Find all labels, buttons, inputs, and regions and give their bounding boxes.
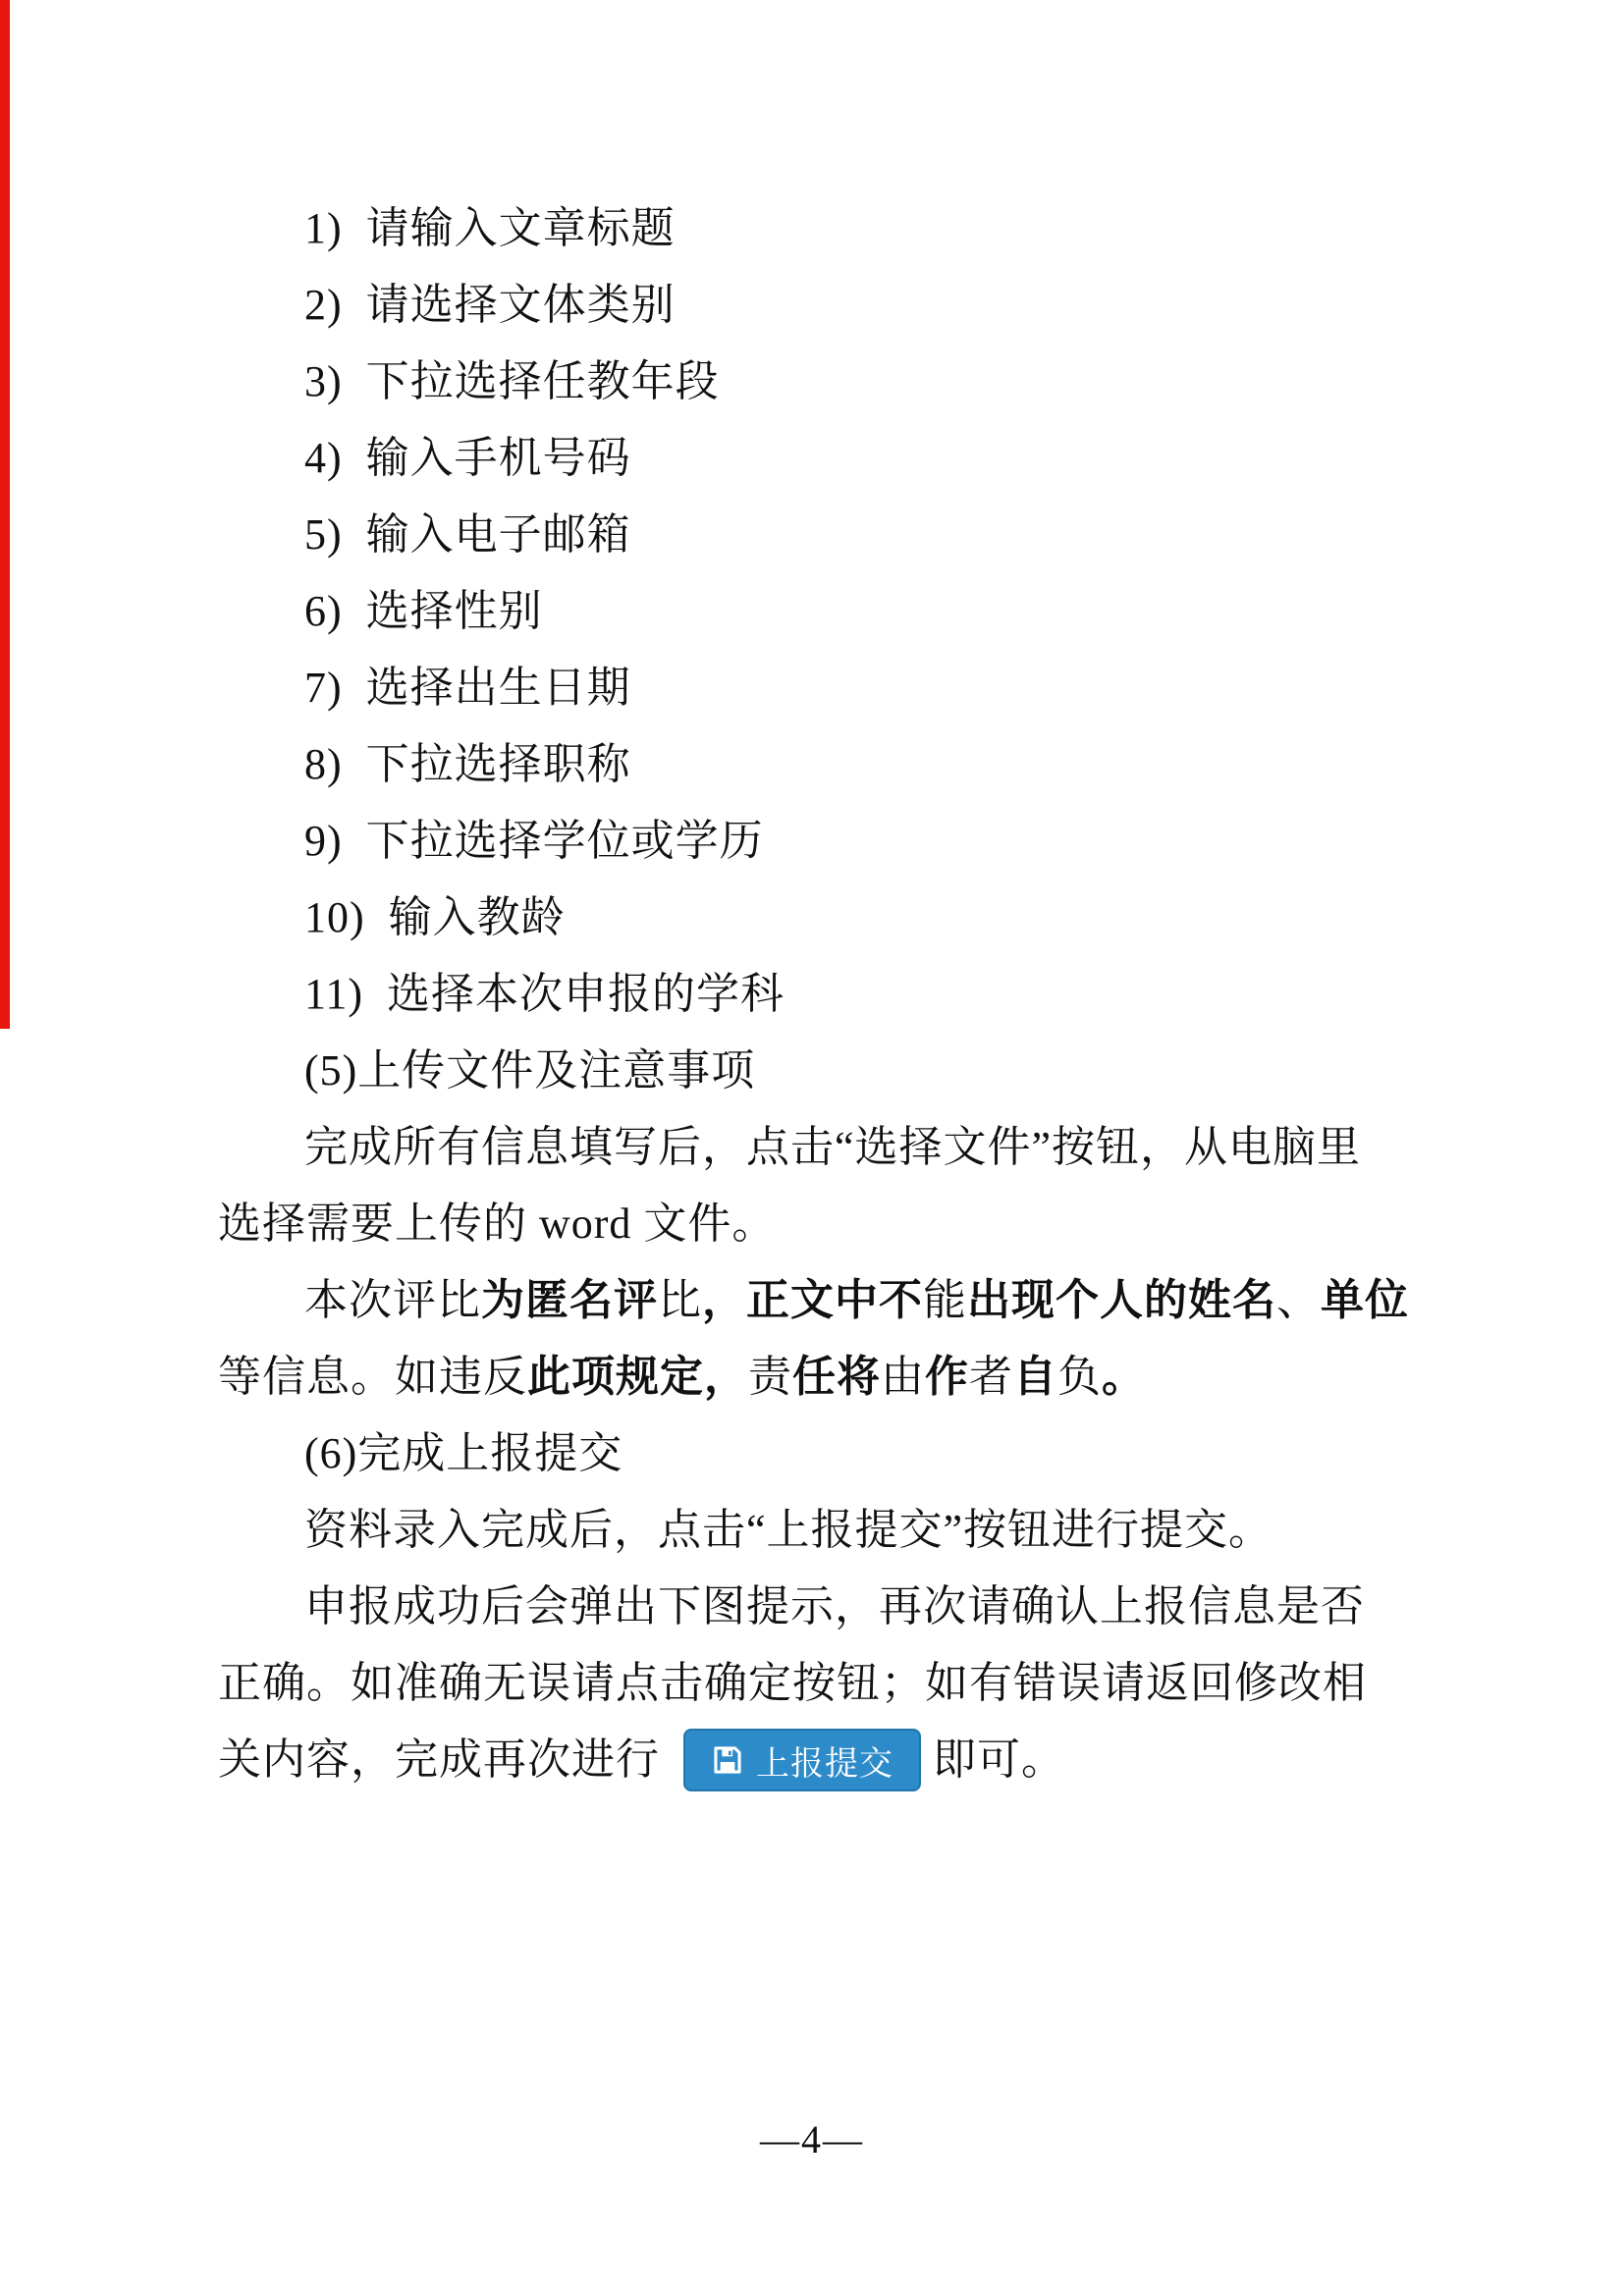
text-run: 负 xyxy=(1057,1353,1102,1401)
list-item-7: 7) 选择出生日期 xyxy=(218,650,1475,726)
text-run: 1) 请输入文章标题 xyxy=(304,204,676,252)
paragraph-line: 完成所有信息填写后，点击“选择文件”按钮，从电脑里 xyxy=(218,1109,1475,1186)
text-run: 4) 输入手机号码 xyxy=(304,434,631,482)
text-run: 出现个人的姓名 xyxy=(967,1276,1276,1324)
text-run: 为匿名评 xyxy=(481,1276,658,1324)
text-run: 10) 输入教龄 xyxy=(304,893,566,941)
text-run: 单位 xyxy=(1321,1276,1409,1324)
text-run: 9) 下拉选择学位或学历 xyxy=(304,817,764,865)
text-run: 自 xyxy=(1013,1353,1057,1401)
submit-report-button-label: 上报提交 xyxy=(756,1736,893,1785)
text-run: 完成所有信息填写后，点击“选择文件”按钮，从电脑里 xyxy=(304,1123,1361,1171)
notice-line: 等信息。如违反此项规定，责任将由作者自负。 xyxy=(218,1339,1475,1415)
text-run: 即可。 xyxy=(933,1722,1065,1798)
text-run: 此项规定， xyxy=(527,1353,748,1401)
text-run: 者 xyxy=(969,1353,1013,1401)
text-run: 5) 输入电子邮箱 xyxy=(304,510,631,559)
list-item-1: 1) 请输入文章标题 xyxy=(218,190,1475,267)
text-run: 任将 xyxy=(792,1353,881,1401)
page-number: —4— xyxy=(0,2116,1624,2163)
red-margin-line xyxy=(0,0,10,1029)
text-run: 等信息。如违反 xyxy=(218,1353,527,1401)
document-body: 1) 请输入文章标题2) 请选择文体类别3) 下拉选择任教年段4) 输入手机号码… xyxy=(218,190,1475,1798)
paragraph-line-with-button: 关内容，完成再次进行上报提交即可。 xyxy=(218,1722,1475,1798)
text-run: 正确。如准确无误请点击确定按钮；如有错误请返回修改相 xyxy=(218,1659,1367,1707)
document-page: 1) 请输入文章标题2) 请选择文体类别3) 下拉选择任教年段4) 输入手机号码… xyxy=(0,0,1624,2296)
text-run: 11) 选择本次申报的学科 xyxy=(304,970,785,1018)
list-item-8: 8) 下拉选择职称 xyxy=(218,726,1475,803)
notice-line: 本次评比为匿名评比，正文中不能出现个人的姓名、单位 xyxy=(218,1262,1475,1339)
text-run: 能 xyxy=(923,1276,967,1324)
submit-report-button[interactable]: 上报提交 xyxy=(683,1729,921,1791)
save-icon xyxy=(711,1743,744,1777)
text-run: 责 xyxy=(748,1353,792,1401)
text-run: 。 xyxy=(1102,1353,1146,1401)
section-heading-5: (5)上传文件及注意事项 xyxy=(218,1033,1475,1109)
paragraph-line: 正确。如准确无误请点击确定按钮；如有错误请返回修改相 xyxy=(218,1645,1475,1722)
paragraph-line: 资料录入完成后，点击“上报提交”按钮进行提交。 xyxy=(218,1492,1475,1569)
text-run: ，正文中不 xyxy=(702,1276,923,1324)
list-item-3: 3) 下拉选择任教年段 xyxy=(218,344,1475,420)
text-run: 本次评比 xyxy=(304,1276,481,1324)
list-item-5: 5) 输入电子邮箱 xyxy=(218,497,1475,573)
text-run: 8) 下拉选择职称 xyxy=(304,740,631,788)
list-item-6: 6) 选择性别 xyxy=(218,573,1475,650)
text-run: 6) 选择性别 xyxy=(304,587,543,635)
text-run: 资料录入完成后，点击“上报提交”按钮进行提交。 xyxy=(304,1506,1272,1554)
paragraph-line: 选择需要上传的 word 文件。 xyxy=(218,1186,1475,1262)
paragraph-line: 申报成功后会弹出下图提示，再次请确认上报信息是否 xyxy=(218,1569,1475,1645)
text-run: 比 xyxy=(658,1276,702,1324)
text-run: 7) 选择出生日期 xyxy=(304,664,631,712)
text-run: 2) 请选择文体类别 xyxy=(304,281,676,329)
text-run: 作 xyxy=(925,1353,969,1401)
list-item-10: 10) 输入教龄 xyxy=(218,880,1475,956)
text-run: 选择需要上传的 word 文件。 xyxy=(218,1200,776,1248)
text-run: 关内容，完成再次进行 xyxy=(218,1722,660,1798)
text-run: 3) 下拉选择任教年段 xyxy=(304,357,720,405)
text-run: (5)上传文件及注意事项 xyxy=(304,1046,755,1095)
list-item-2: 2) 请选择文体类别 xyxy=(218,267,1475,344)
text-run: 、 xyxy=(1276,1276,1321,1324)
text-run: 由 xyxy=(881,1353,925,1401)
list-item-9: 9) 下拉选择学位或学历 xyxy=(218,803,1475,880)
list-item-4: 4) 输入手机号码 xyxy=(218,420,1475,497)
text-run: (6)完成上报提交 xyxy=(304,1429,623,1477)
section-heading-6: (6)完成上报提交 xyxy=(218,1415,1475,1492)
text-run: 申报成功后会弹出下图提示，再次请确认上报信息是否 xyxy=(304,1582,1365,1630)
list-item-11: 11) 选择本次申报的学科 xyxy=(218,956,1475,1033)
